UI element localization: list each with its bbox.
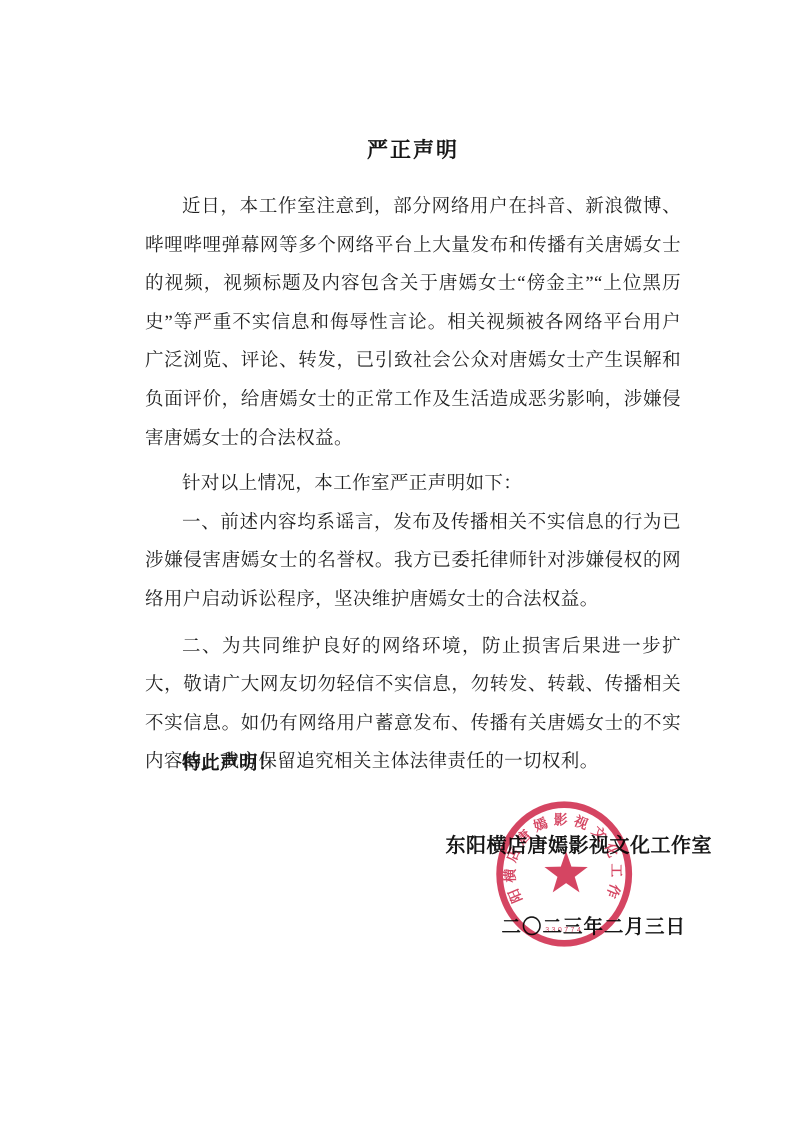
statement-body: 近日，本工作室注意到，部分网络用户在抖音、新浪微博、哔哩哔哩弹幕网等多个网络平台… — [145, 188, 681, 782]
closing-statement: 特此声明！ — [145, 749, 277, 775]
paragraph-intro: 近日，本工作室注意到，部分网络用户在抖音、新浪微博、哔哩哔哩弹幕网等多个网络平台… — [145, 188, 681, 458]
page-title: 严正声明 — [145, 134, 681, 164]
statement-date: 二〇二三年二月三日 — [501, 911, 686, 939]
studio-signature: 东阳横店唐嫣影视文化工作室 — [446, 829, 713, 858]
paragraph-declare-lead: 针对以上情况，本工作室严正声明如下： — [145, 465, 681, 504]
paragraph-point-one: 一、前述内容均系谣言，发布及传播相关不实信息的行为已涉嫌侵害唐嫣女士的名誉权。我… — [145, 504, 681, 620]
